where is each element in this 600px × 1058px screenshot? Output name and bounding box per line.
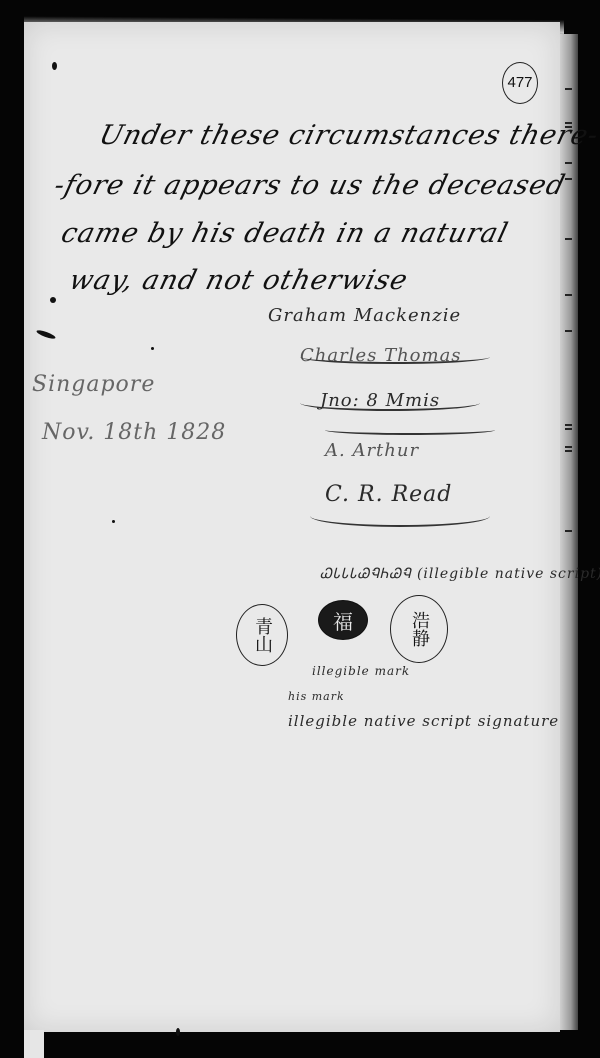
ink-blot xyxy=(52,62,57,70)
signature-swash xyxy=(325,425,495,435)
mark-note: his mark xyxy=(288,690,345,703)
signature-arthur: A. Arthur xyxy=(325,440,419,461)
mark-line: illegible mark xyxy=(312,664,410,678)
seal-fu: 福 xyxy=(318,600,368,640)
signature-swash xyxy=(300,395,480,411)
signature-mackenzie: Graham Mackenzie xyxy=(268,305,461,326)
folio-number: 477 xyxy=(502,62,538,104)
native-script-line: ᏇᏓᏓᏓᏊᏄᏂᏊᏄ (illegible native script) xyxy=(320,566,600,582)
ink-blot xyxy=(176,1028,180,1036)
body-line-2: -fore it appears to us the deceased xyxy=(51,170,569,201)
body-line-3: came by his death in a natural xyxy=(58,218,512,249)
signature-swash xyxy=(310,505,490,527)
page-corner xyxy=(24,1030,44,1058)
ink-blot xyxy=(151,347,154,350)
ink-blot xyxy=(50,297,56,303)
final-script-line: illegible native script signature xyxy=(288,712,559,730)
body-line-4: way, and not otherwise xyxy=(66,265,411,296)
signature-read: C. R. Read xyxy=(325,482,452,507)
signature-swash xyxy=(300,350,490,364)
body-line-1: Under these circumstances there- xyxy=(96,120,600,151)
seal-haojing: 浩静 xyxy=(390,595,448,663)
ink-blot xyxy=(112,520,115,523)
date-text: Nov. 18th 1828 xyxy=(42,420,226,445)
place-text: Singapore xyxy=(32,372,155,397)
seal-qingshan: 青山 xyxy=(236,604,288,666)
